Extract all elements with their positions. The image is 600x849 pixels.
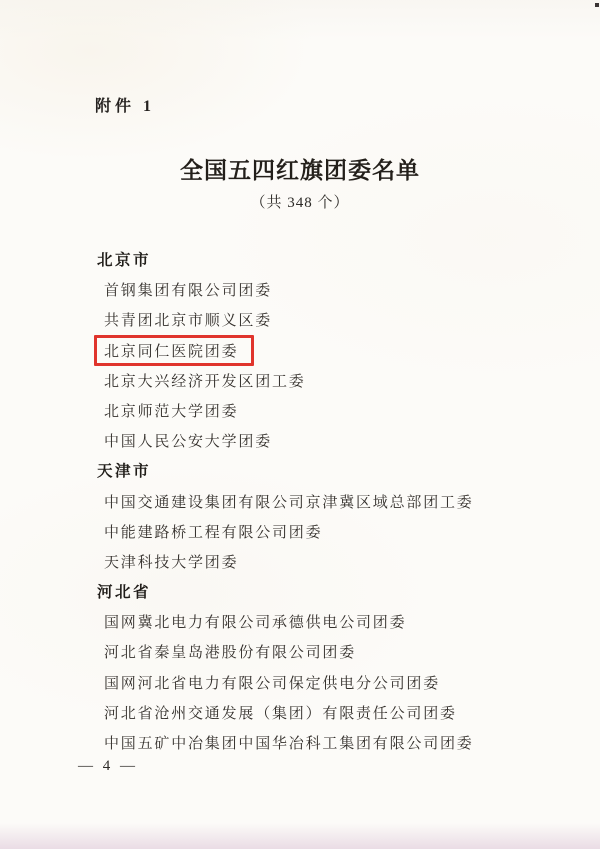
list-item: 共青团北京市顺义区委 <box>97 306 570 336</box>
list-item: 国网河北省电力有限公司保定供电分公司团委 <box>97 669 570 699</box>
scanned-document-page: 附件 1 全国五四红旗团委名单 （共 348 个） 北京市首钢集团有限公司团委共… <box>0 0 600 849</box>
document-title: 全国五四红旗团委名单 <box>0 152 600 185</box>
attachment-label: 附件 1 <box>95 93 155 116</box>
list-item: 首钢集团有限公司团委 <box>97 276 570 306</box>
list-item: 中国交通建设集团有限公司京津冀区域总部团工委 <box>97 488 570 518</box>
highlight-box: 北京同仁医院团委 <box>104 337 238 367</box>
document-subtitle: （共 348 个） <box>0 191 600 212</box>
section-header: 北京市 <box>97 246 570 276</box>
page-number: — 4 — <box>78 758 138 775</box>
list-item: 北京同仁医院团委 <box>97 337 570 367</box>
list-item: 天津科技大学团委 <box>97 548 570 578</box>
list-item: 中国人民公安大学团委 <box>97 427 570 457</box>
league-committee-list: 北京市首钢集团有限公司团委共青团北京市顺义区委北京同仁医院团委北京大兴经济开发区… <box>97 246 570 759</box>
scan-speck <box>595 3 599 7</box>
section-header: 河北省 <box>97 578 570 608</box>
list-item: 中国五矿中冶集团中国华冶科工集团有限公司团委 <box>97 729 570 759</box>
list-item: 中能建路桥工程有限公司团委 <box>97 518 570 548</box>
list-item: 北京大兴经济开发区团工委 <box>97 367 570 397</box>
section-header: 天津市 <box>97 457 570 487</box>
list-item: 河北省秦皇岛港股份有限公司团委 <box>97 638 570 668</box>
list-item: 河北省沧州交通发展（集团）有限责任公司团委 <box>97 699 570 729</box>
list-item: 北京师范大学团委 <box>97 397 570 427</box>
list-item: 国网冀北电力有限公司承德供电公司团委 <box>97 608 570 638</box>
